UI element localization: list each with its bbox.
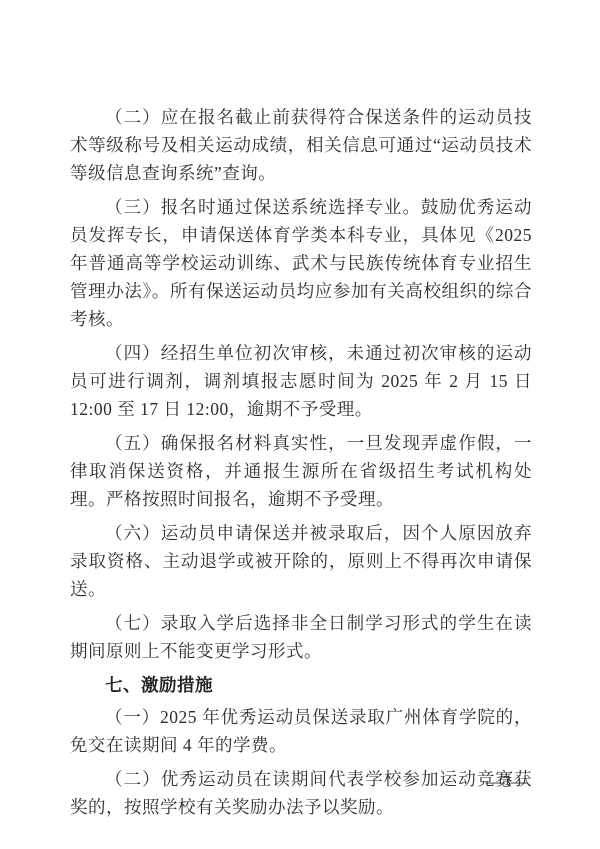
- paragraph-item-7: （七）录取入学后选择非全日制学习形式的学生在读期间原则上不能变更学习形式。: [70, 609, 532, 665]
- paragraph-item-3: （三）报名时通过保送系统选择专业。鼓励优秀运动员发挥专长，申请保送体育学类本科专…: [70, 193, 532, 333]
- incentive-paragraph-1: （一）2025 年优秀运动员保送录取广州体育学院的，免交在读期间 4 年的学费。: [70, 703, 532, 759]
- paragraph-item-6: （六）运动员申请保送并被录取后，因个人原因放弃录取资格、主动退学或被开除的，原则…: [70, 519, 532, 603]
- document-body: （二）应在报名截止前获得符合保送条件的运动员技术等级称号及相关运动成绩，相关信息…: [70, 103, 532, 827]
- page-number: —3—: [486, 772, 529, 792]
- paragraph-item-2: （二）应在报名截止前获得符合保送条件的运动员技术等级称号及相关运动成绩，相关信息…: [70, 103, 532, 187]
- incentive-paragraph-2: （二）优秀运动员在读期间代表学校参加运动竞赛获奖的，按照学校有关奖励办法予以奖励…: [70, 765, 532, 821]
- section-heading-incentives: 七、激励措施: [70, 671, 532, 699]
- document-page: （二）应在报名截止前获得符合保送条件的运动员技术等级称号及相关运动成绩，相关信息…: [0, 0, 600, 849]
- paragraph-item-5: （五）确保报名材料真实性，一旦发现弄虚作假，一律取消保送资格，并通报生源所在省级…: [70, 429, 532, 513]
- paragraph-item-4: （四）经招生单位初次审核，未通过初次审核的运动员可进行调剂，调剂填报志愿时间为 …: [70, 339, 532, 423]
